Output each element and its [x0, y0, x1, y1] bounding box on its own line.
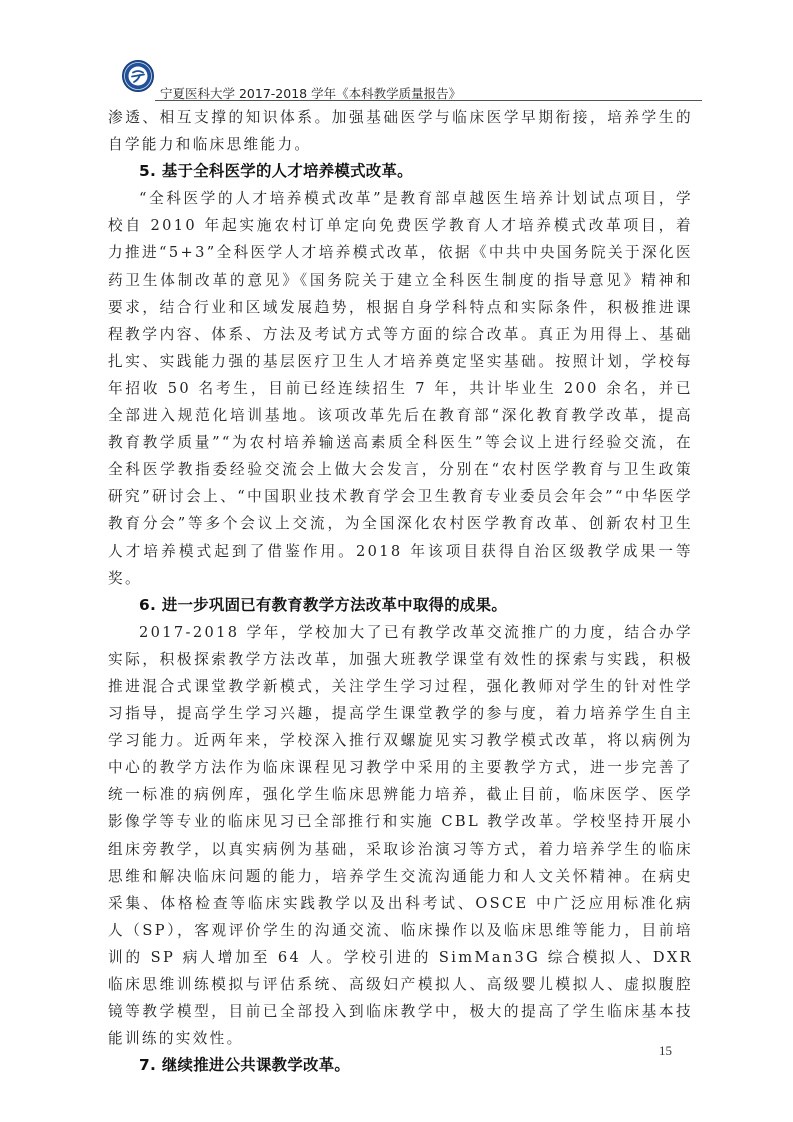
page-header: 宁夏医科大学 2017-2018 学年《本科教学质量报告》 [120, 58, 702, 104]
page-number: 15 [659, 1043, 672, 1059]
section-heading-6: 6. 进一步巩固已有教育教学方法改革中取得的成果。 [108, 592, 693, 619]
paragraph-continued: 渗透、相互支撑的知识体系。加强基础医学与临床医学早期衔接，培养学生的自学能力和临… [108, 104, 693, 158]
document-body: 渗透、相互支撑的知识体系。加强基础医学与临床医学早期衔接，培养学生的自学能力和临… [108, 104, 693, 1079]
header-divider [155, 100, 702, 101]
section-heading-7: 7. 继续推进公共课教学改革。 [108, 1052, 693, 1079]
university-logo-icon [122, 60, 154, 92]
section-heading-5: 5. 基于全科医学的人才培养模式改革。 [108, 158, 693, 185]
paragraph-section-6: 2017-2018 学年，学校加大了已有教学改革交流推广的力度，结合办学实际，积… [108, 619, 693, 1053]
paragraph-section-5: “全科医学的人才培养模式改革”是教育部卓越医生培养计划试点项目，学校自 2010… [108, 185, 693, 591]
